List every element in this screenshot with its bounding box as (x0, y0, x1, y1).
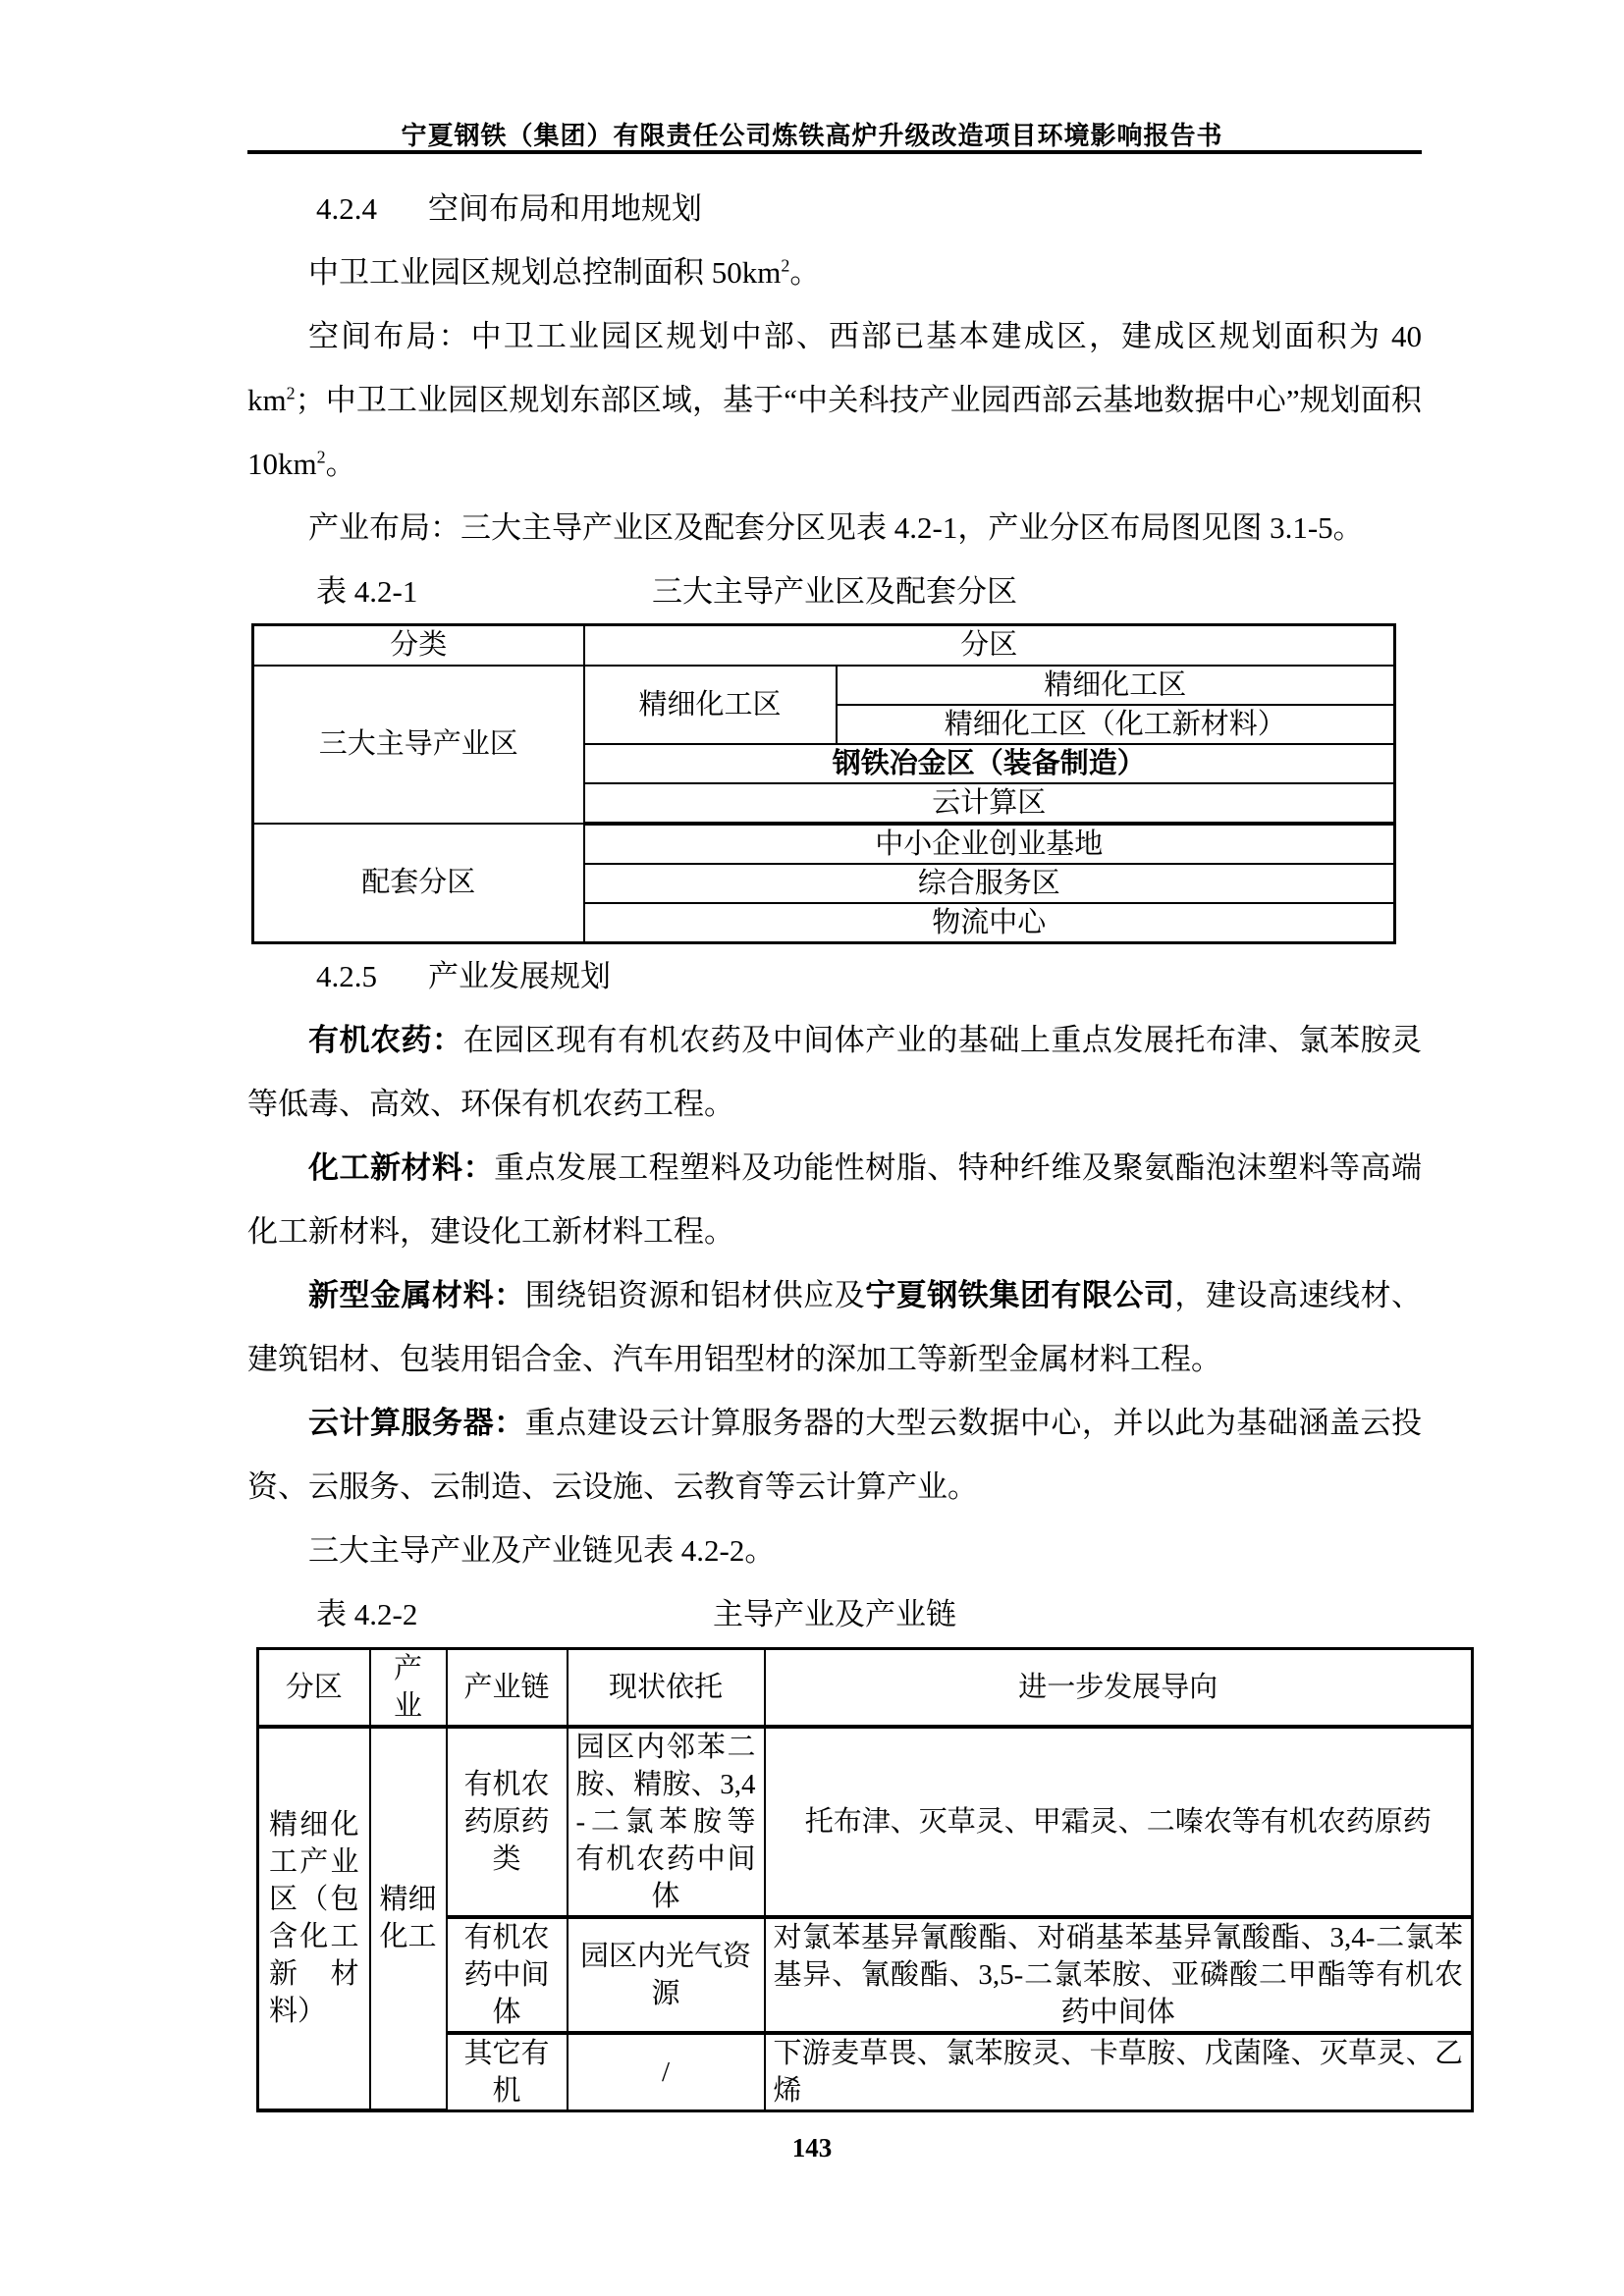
table2-cell-basis-other-organic: / (568, 2033, 765, 2111)
section-heading-425: 4.2.5产业发展规划 (247, 944, 1422, 1008)
table2-cell-direction-other-organic: 下游麦草畏、氯苯胺灵、卡草胺、戊菌隆、灭草灵、乙烯 (765, 2033, 1473, 2111)
section-number: 4.2.4 (316, 191, 377, 226)
section-title: 产业发展规划 (428, 959, 611, 993)
table2-cell-basis-intermediates: 园区内光气资源 (568, 1917, 765, 2033)
paragraph-spatial-layout: 空间布局：中卫工业园区规划中部、西部已基本建成区，建成区规划面积为 40 km2… (247, 304, 1422, 496)
section-heading-424: 4.2.4空间布局和用地规划 (247, 177, 1422, 240)
paragraph-industry-layout: 产业布局：三大主导产业区及配套分区见表 4.2-1，产业分区布局图见图 3.1-… (247, 496, 1422, 560)
paragraph-new-chemical-materials: 化工新材料：重点发展工程塑料及功能性树脂、特种纤维及聚氨酯泡沫塑料等高端化工新材… (247, 1136, 1422, 1263)
page-number: 143 (0, 2128, 1624, 2167)
header-rule (247, 150, 1422, 154)
page-header-title: 宁夏钢铁（集团）有限责任公司炼铁高炉升级改造项目环境影响报告书 (0, 116, 1624, 152)
page-content: 4.2.4空间布局和用地规划 中卫工业园区规划总控制面积 50km2。 空间布局… (247, 177, 1422, 2112)
table2-header-industry: 产业 (370, 1648, 447, 1727)
paragraph-cloud-server: 云计算服务器：重点建设云计算服务器的大型云数据中心，并以此为基础涵盖云投资、云服… (247, 1391, 1422, 1519)
table1-header-zone: 分区 (584, 625, 1395, 666)
table1-cell-fine-chemical-sub1: 精细化工区 (837, 666, 1395, 705)
section-number: 4.2.5 (316, 959, 377, 993)
paragraph-total-area: 中卫工业园区规划总控制面积 50km2。 (247, 240, 1422, 304)
table1-caption: 表 4.2-1 三大主导产业区及配套分区 (247, 560, 1422, 623)
table2-cell-chain-other-organic: 其它有机 (447, 2033, 568, 2111)
paragraph-organic-pesticide: 有机农药：在园区现有有机农药及中间体产业的基础上重点发展托布津、氯苯胺灵等低毒、… (247, 1008, 1422, 1136)
table1-header-category: 分类 (253, 625, 584, 666)
table2-header-zone: 分区 (258, 1648, 370, 1727)
table2-cell-chain-intermediates: 有机农药中间体 (447, 1917, 568, 2033)
document-page: { "header": { "title": "宁夏钢铁（集团）有限责任公司炼铁… (0, 0, 1624, 2296)
table2-caption-title: 主导产业及产业链 (247, 1582, 1422, 1646)
table2-header-direction: 进一步发展导向 (765, 1648, 1473, 1727)
table1-cell-comprehensive-service-zone: 综合服务区 (584, 864, 1395, 903)
table2-cell-industry: 精细化工 (370, 1727, 447, 2111)
table1-cell-fine-chemical-zone: 精细化工区 (584, 666, 837, 744)
table-4-2-1: 分类 分区 三大主导产业区 精细化工区 精细化工区 精细化工区（化工新材料） 钢… (251, 623, 1396, 944)
table1-cell-fine-chemical-sub2: 精细化工区（化工新材料） (837, 705, 1395, 744)
table2-cell-zone: 精细化工产业区（包含化工新材料） (258, 1727, 370, 2111)
paragraph-new-metal-materials: 新型金属材料：围绕铝资源和铝材供应及宁夏钢铁集团有限公司，建设高速线材、建筑铝材… (247, 1263, 1422, 1391)
table2-cell-direction-intermediates: 对氯苯基异氰酸酯、对硝基苯基异氰酸酯、3,4-二氯苯基异、氰酸酯、3,5-二氯苯… (765, 1917, 1473, 2033)
table1-cell-sme-base: 中小企业创业基地 (584, 824, 1395, 864)
table-4-2-2: 分区 产业 产业链 现状依托 进一步发展导向 精细化工产业区（包含化工新材料） … (256, 1647, 1474, 2113)
table1-cell-supporting-zones: 配套分区 (253, 824, 584, 943)
table2-header-chain: 产业链 (447, 1648, 568, 1727)
table1-cell-steel-metallurgy-zone: 钢铁冶金区（装备制造） (584, 744, 1395, 783)
table1-caption-title: 三大主导产业区及配套分区 (247, 560, 1422, 623)
table2-cell-chain-raw-pesticides: 有机农药原药类 (447, 1727, 568, 1917)
table2-caption: 表 4.2-2 主导产业及产业链 (247, 1582, 1422, 1646)
table2-cell-basis-raw-pesticides: 园区内邻苯二胺、精胺、3,4-二氯苯胺等有机农药中间体 (568, 1727, 765, 1917)
table1-cell-cloud-computing-zone: 云计算区 (584, 783, 1395, 824)
paragraph-see-table-422: 三大主导产业及产业链见表 4.2-2。 (247, 1519, 1422, 1582)
table2-cell-direction-raw-pesticides: 托布津、灭草灵、甲霜灵、二嗪农等有机农药原药 (765, 1727, 1473, 1917)
table1-cell-logistics-center: 物流中心 (584, 903, 1395, 943)
table1-cell-three-main-industry-zones: 三大主导产业区 (253, 666, 584, 824)
section-title: 空间布局和用地规划 (428, 191, 702, 226)
table2-header-basis: 现状依托 (568, 1648, 765, 1727)
